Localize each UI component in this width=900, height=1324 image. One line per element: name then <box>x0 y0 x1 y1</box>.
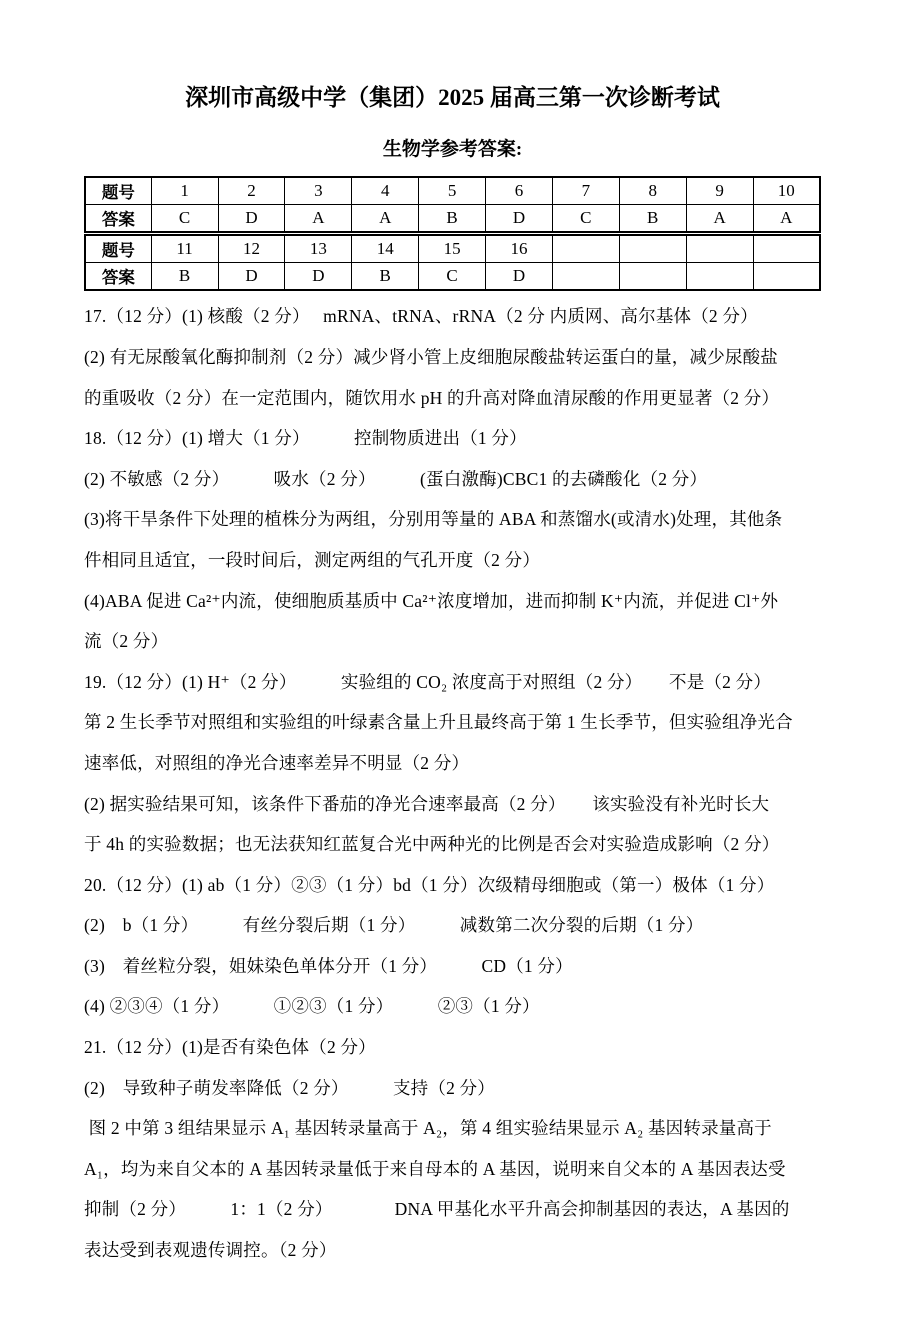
answer-line-q17-1: 17.（12 分）(1) 核酸（2 分） mRNA、tRNA、rRNA（2 分 … <box>84 296 821 337</box>
table-row-question-numbers-2: 题号 11 12 13 14 15 16 <box>85 234 820 263</box>
table-cell: D <box>218 205 285 234</box>
table-cell: D <box>285 263 352 291</box>
answer-line-q18-5: (4)ABA 促进 Ca²⁺内流，使细胞质基质中 Ca²⁺浓度增加，进而抑制 K… <box>84 581 821 622</box>
answer-line-q18-2: (2) 不敏感（2 分） 吸水（2 分） (蛋白激酶)CBC1 的去磷酸化（2 … <box>84 459 821 500</box>
table-cell: B <box>151 263 218 291</box>
answer-line-q21-1: 21.（12 分）(1)是否有染色体（2 分） <box>84 1027 821 1068</box>
document-page: 深圳市高级中学（集团）2025 届高三第一次诊断考试 生物学参考答案: 题号 1… <box>0 0 900 1324</box>
answer-table: 题号 1 2 3 4 5 6 7 8 9 10 答案 C D A A B D C <box>84 176 821 291</box>
table-cell: A <box>753 205 820 234</box>
table-cell: 15 <box>419 234 486 263</box>
table-cell: 5 <box>419 177 486 205</box>
exam-title: 深圳市高级中学（集团）2025 届高三第一次诊断考试 <box>84 84 821 112</box>
answer-line-q17-2: (2) 有无尿酸氧化酶抑制剂（2 分）减少肾小管上皮细胞尿酸盐转运蛋白的量，减少… <box>84 337 821 378</box>
answer-line-q18-3: (3)将干旱条件下处理的植株分为两组，分别用等量的 ABA 和蒸馏水(或清水)处… <box>84 499 821 540</box>
table-cell: 2 <box>218 177 285 205</box>
table-cell <box>686 234 753 263</box>
answer-line-q21-2: (2) 导致种子萌发率降低（2 分） 支持（2 分） <box>84 1068 821 1109</box>
table-cell <box>753 234 820 263</box>
table-cell: 11 <box>151 234 218 263</box>
answer-key-subtitle: 生物学参考答案: <box>84 139 821 162</box>
row-header-cell: 题号 <box>85 234 151 263</box>
table-cell: A <box>352 205 419 234</box>
table-cell: 7 <box>552 177 619 205</box>
table-row-question-numbers-1: 题号 1 2 3 4 5 6 7 8 9 10 <box>85 177 820 205</box>
table-cell: 16 <box>486 234 553 263</box>
table-cell: 4 <box>352 177 419 205</box>
table-row-answers-1: 答案 C D A A B D C B A A <box>85 205 820 234</box>
answer-line-q19-1: 19.（12 分）(1) H⁺（2 分） 实验组的 CO₂ 浓度高于对照组（2 … <box>84 662 821 703</box>
table-cell: C <box>151 205 218 234</box>
table-cell <box>619 234 686 263</box>
table-cell <box>552 263 619 291</box>
answer-line-q19-3: 速率低，对照组的净光合速率差异不明显（2 分） <box>84 743 821 784</box>
table-cell <box>552 234 619 263</box>
table-cell: C <box>552 205 619 234</box>
answer-line-q18-1: 18.（12 分）(1) 增大（1 分） 控制物质进出（1 分） <box>84 418 821 459</box>
answer-line-q18-6: 流（2 分） <box>84 621 821 662</box>
table-cell: D <box>486 205 553 234</box>
answer-line-q19-2: 第 2 生长季节对照组和实验组的叶绿素含量上升且最终高于第 1 生长季节，但实验… <box>84 702 821 743</box>
answer-line-q21-5: 抑制（2 分） 1：1（2 分） DNA 甲基化水平升高会抑制基因的表达，A 基… <box>84 1189 821 1230</box>
table-cell: 12 <box>218 234 285 263</box>
row-header-cell: 答案 <box>85 263 151 291</box>
answer-line-q18-4: 件相同且适宜，一段时间后，测定两组的气孔开度（2 分） <box>84 540 821 581</box>
answer-line-q21-3: 图 2 中第 3 组结果显示 A₁ 基因转录量高于 A₂，第 4 组实验结果显示… <box>84 1108 821 1149</box>
answer-line-q19-4: (2) 据实验结果可知，该条件下番茄的净光合速率最高（2 分） 该实验没有补光时… <box>84 784 821 825</box>
table-cell: 9 <box>686 177 753 205</box>
table-cell: A <box>686 205 753 234</box>
table-cell: 8 <box>619 177 686 205</box>
row-header-cell: 答案 <box>85 205 151 234</box>
table-cell: D <box>486 263 553 291</box>
answer-line-q21-6: 表达受到表观遗传调控。（2 分） <box>84 1230 821 1271</box>
answer-line-q20-1: 20.（12 分）(1) ab（1 分）②③（1 分）bd（1 分）次级精母细胞… <box>84 865 821 906</box>
table-cell: 13 <box>285 234 352 263</box>
answer-line-q20-3: (3) 着丝粒分裂，姐妹染色单体分开（1 分） CD（1 分） <box>84 946 821 987</box>
table-cell: A <box>285 205 352 234</box>
answer-line-q17-3: 的重吸收（2 分）在一定范围内，随饮用水 pH 的升高对降血清尿酸的作用更显著（… <box>84 378 821 419</box>
answer-line-q20-4: (4) ②③④（1 分） ①②③（1 分） ②③（1 分） <box>84 986 821 1027</box>
answer-line-q19-5: 于 4h 的实验数据；也无法获知红蓝复合光中两种光的比例是否会对实验造成影响（2… <box>84 824 821 865</box>
table-cell: D <box>218 263 285 291</box>
row-header-cell: 题号 <box>85 177 151 205</box>
table-cell: 1 <box>151 177 218 205</box>
table-cell: 14 <box>352 234 419 263</box>
answer-line-q21-4: A₁，均为来自父本的 A 基因转录量低于来自母本的 A 基因，说明来自父本的 A… <box>84 1149 821 1190</box>
table-cell: 6 <box>486 177 553 205</box>
table-cell: B <box>619 205 686 234</box>
answer-body: 17.（12 分）(1) 核酸（2 分） mRNA、tRNA、rRNA（2 分 … <box>84 296 821 1270</box>
answer-line-q20-2: (2) b（1 分） 有丝分裂后期（1 分） 减数第二次分裂的后期（1 分） <box>84 905 821 946</box>
table-cell: C <box>419 263 486 291</box>
table-cell: 10 <box>753 177 820 205</box>
table-cell: 3 <box>285 177 352 205</box>
table-cell: B <box>419 205 486 234</box>
table-cell: B <box>352 263 419 291</box>
table-row-answers-2: 答案 B D D B C D <box>85 263 820 291</box>
table-cell <box>753 263 820 291</box>
table-cell <box>686 263 753 291</box>
table-cell <box>619 263 686 291</box>
